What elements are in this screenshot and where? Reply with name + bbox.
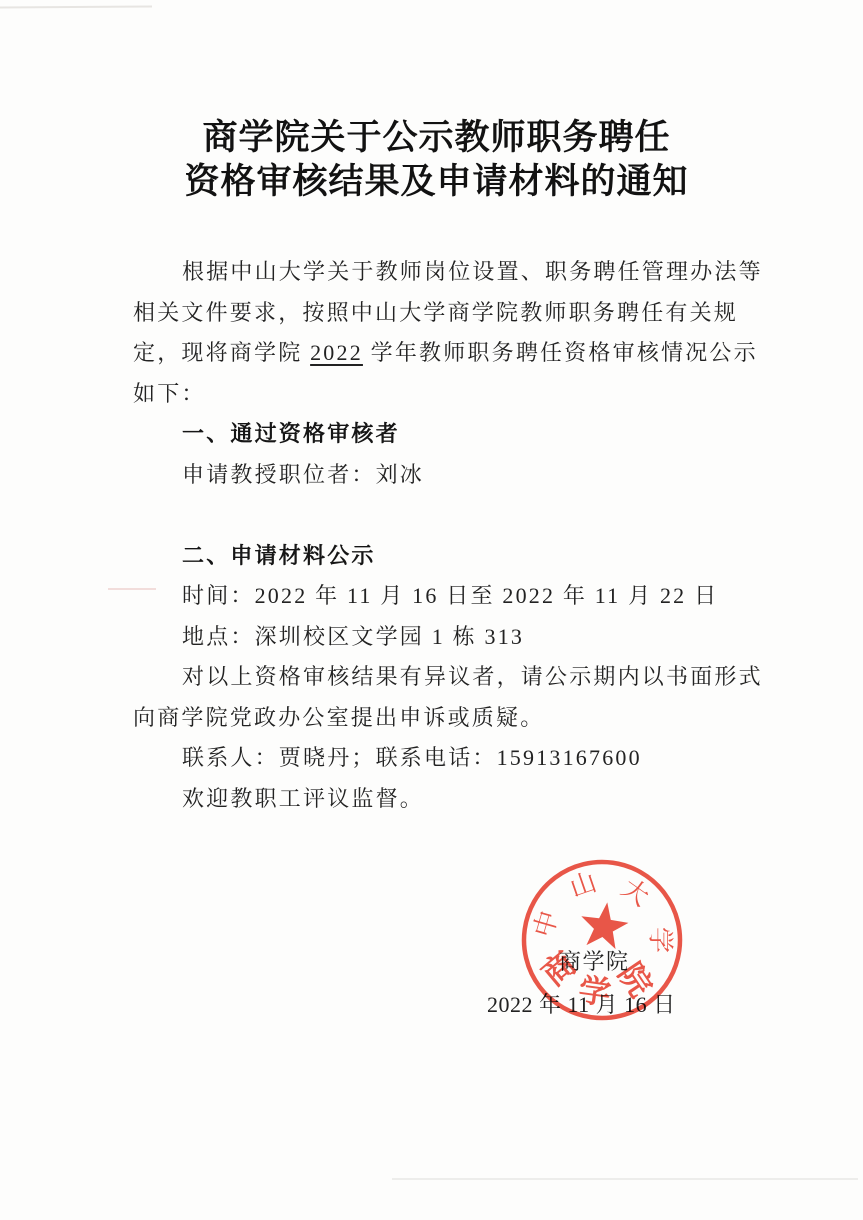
applicant-line: 申请教授职位者：刘冰: [133, 455, 753, 496]
objection-line-2: 向商学院党政办公室提出申诉或质疑。: [133, 698, 753, 739]
scan-artifact-top-edge: [0, 5, 152, 8]
notice-title-line-1: 商学院关于公示教师职务聘任: [133, 116, 740, 160]
official-seal: 中 山 大 学 商 学 院: [517, 855, 687, 1025]
notice-body: 根据中山大学关于教师岗位设置、职务聘任管理办法等 相关文件要求，按照中山大学商学…: [133, 252, 753, 819]
document-page: 商学院关于公示教师职务聘任 资格审核结果及申请材料的通知 根据中山大学关于教师岗…: [0, 0, 863, 1220]
objection-line-1: 对以上资格审核结果有异议者，请公示期内以书面形式: [133, 657, 753, 698]
body-line-segment: 学年教师职务聘任资格审核情况公示: [363, 340, 758, 365]
underlined-year: 2022: [310, 340, 363, 365]
seal-top-char: 学: [645, 927, 674, 953]
seal-bottom-char: 院: [612, 956, 660, 1003]
seal-graphic: 中 山 大 学 商 学 院: [517, 855, 687, 1025]
blank-line: [133, 495, 753, 536]
body-line-segment: 定，现将商学院: [133, 340, 310, 365]
seal-bottom-char: 学: [576, 971, 613, 1011]
seal-top-char: 中: [529, 907, 564, 940]
star-icon: [577, 899, 630, 950]
seal-bottom-char: 商: [535, 945, 583, 993]
notice-title: 商学院关于公示教师职务聘任 资格审核结果及申请材料的通知: [133, 116, 740, 204]
notice-title-line-2: 资格审核结果及申请材料的通知: [133, 160, 740, 204]
place-line: 地点：深圳校区文学园 1 栋 313: [133, 617, 753, 658]
contact-line: 联系人：贾晓丹；联系电话：15913167600: [133, 738, 753, 779]
body-line: 相关文件要求，按照中山大学商学院教师职务聘任有关规: [133, 293, 753, 334]
section-1-heading: 一、通过资格审核者: [133, 414, 753, 455]
body-line: 根据中山大学关于教师岗位设置、职务聘任管理办法等: [133, 252, 753, 293]
body-line: 定，现将商学院 2022 学年教师职务聘任资格审核情况公示: [133, 333, 753, 374]
scan-artifact-bottom-line: [392, 1178, 858, 1180]
time-line: 时间：2022 年 11 月 16 日至 2022 年 11 月 22 日: [133, 576, 753, 617]
section-2-heading: 二、申请材料公示: [133, 536, 753, 577]
welcome-line: 欢迎教职工评议监督。: [133, 779, 753, 820]
body-line: 如下：: [133, 374, 753, 415]
seal-top-char: 山: [566, 867, 600, 903]
